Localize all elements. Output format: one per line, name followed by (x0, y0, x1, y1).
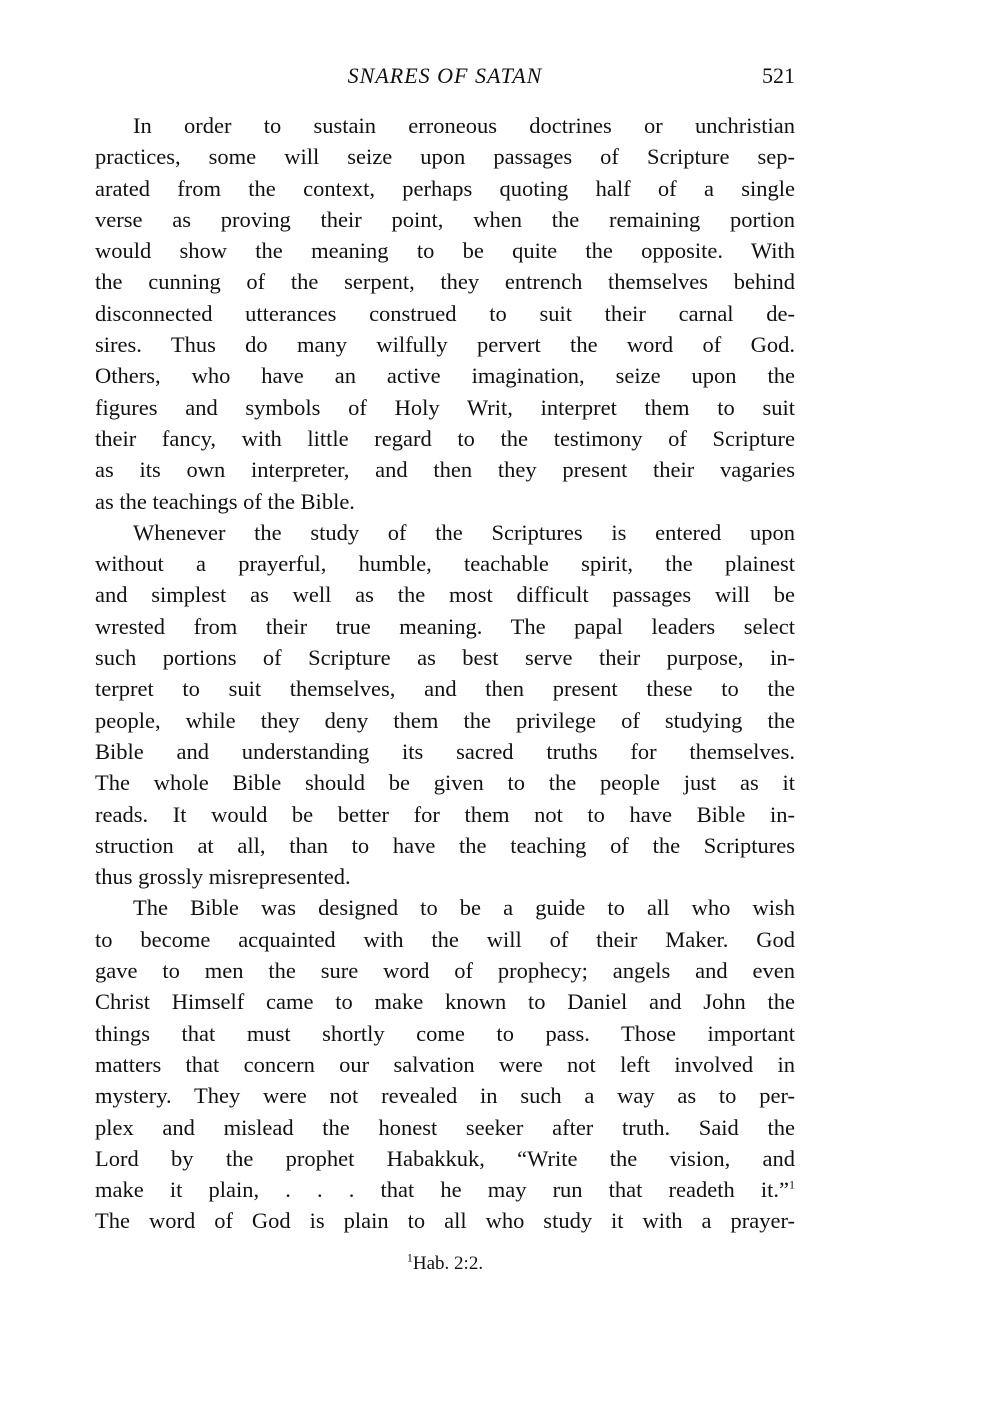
text-line: people, while they deny them the privile… (95, 705, 795, 736)
book-page: SNARES OF SATAN 521 In order to sustain … (95, 60, 795, 1277)
text-line: plex and mislead the honest seeker after… (95, 1112, 795, 1143)
text-line: terpret to suit themselves, and then pre… (95, 673, 795, 704)
text-line: The Bible was designed to be a guide to … (95, 892, 795, 923)
text-line: such portions of Scripture as best serve… (95, 642, 795, 673)
text-line: Lord by the prophet Habakkuk, “Write the… (95, 1143, 795, 1174)
running-head: SNARES OF SATAN 521 (95, 60, 795, 92)
text-line: and simplest as well as the most difficu… (95, 579, 795, 610)
text-line: figures and symbols of Holy Writ, interp… (95, 392, 795, 423)
paragraph: In order to sustain erroneous doctrines … (95, 110, 795, 517)
text-line: sires. Thus do many wilfully pervert the… (95, 329, 795, 360)
text-line: as its own interpreter, and then they pr… (95, 454, 795, 485)
text-line: disconnected utterances construed to sui… (95, 298, 795, 329)
text-line: reads. It would be better for them not t… (95, 799, 795, 830)
text-line: struction at all, than to have the teach… (95, 830, 795, 861)
text-line: Whenever the study of the Scriptures is … (95, 517, 795, 548)
text-line: The whole Bible should be given to the p… (95, 767, 795, 798)
text-line: The word of God is plain to all who stud… (95, 1205, 795, 1236)
text-line: verse as proving their point, when the r… (95, 204, 795, 235)
footnote: 1Hab. 2:2. (95, 1251, 795, 1277)
text-line: Bible and understanding its sacred truth… (95, 736, 795, 767)
text-line-content: make it plain, . . . that he may run tha… (95, 1177, 789, 1202)
text-line: matters that concern our salvation were … (95, 1049, 795, 1080)
body-text: In order to sustain erroneous doctrines … (95, 110, 795, 1237)
text-line: practices, some will seize upon passages… (95, 141, 795, 172)
text-line: Christ Himself came to make known to Dan… (95, 986, 795, 1017)
text-line: mystery. They were not revealed in such … (95, 1080, 795, 1111)
text-line: to become acquainted with the will of th… (95, 924, 795, 955)
text-line: arated from the context, perhaps quoting… (95, 173, 795, 204)
text-line: In order to sustain erroneous doctrines … (95, 110, 795, 141)
paragraph: The Bible was designed to be a guide to … (95, 892, 795, 1236)
text-line-with-footnote-ref: make it plain, . . . that he may run tha… (95, 1174, 795, 1205)
page-number: 521 (762, 60, 795, 92)
text-line: without a prayerful, humble, teachable s… (95, 548, 795, 579)
running-title: SNARES OF SATAN (95, 60, 795, 92)
text-line: wrested from their true meaning. The pap… (95, 611, 795, 642)
text-line: gave to men the sure word of prophecy; a… (95, 955, 795, 986)
text-line: Others, who have an active imagination, … (95, 360, 795, 391)
footnote-text: Hab. 2:2. (413, 1253, 483, 1274)
text-line: would show the meaning to be quite the o… (95, 235, 795, 266)
text-line: their fancy, with little regard to the t… (95, 423, 795, 454)
footnote-reference: 1 (789, 1178, 795, 1192)
text-line: things that must shortly come to pass. T… (95, 1018, 795, 1049)
text-line: the cunning of the serpent, they entrenc… (95, 266, 795, 297)
text-line: thus grossly misrepresented. (95, 861, 795, 892)
paragraph: Whenever the study of the Scriptures is … (95, 517, 795, 893)
text-line: as the teachings of the Bible. (95, 486, 795, 517)
